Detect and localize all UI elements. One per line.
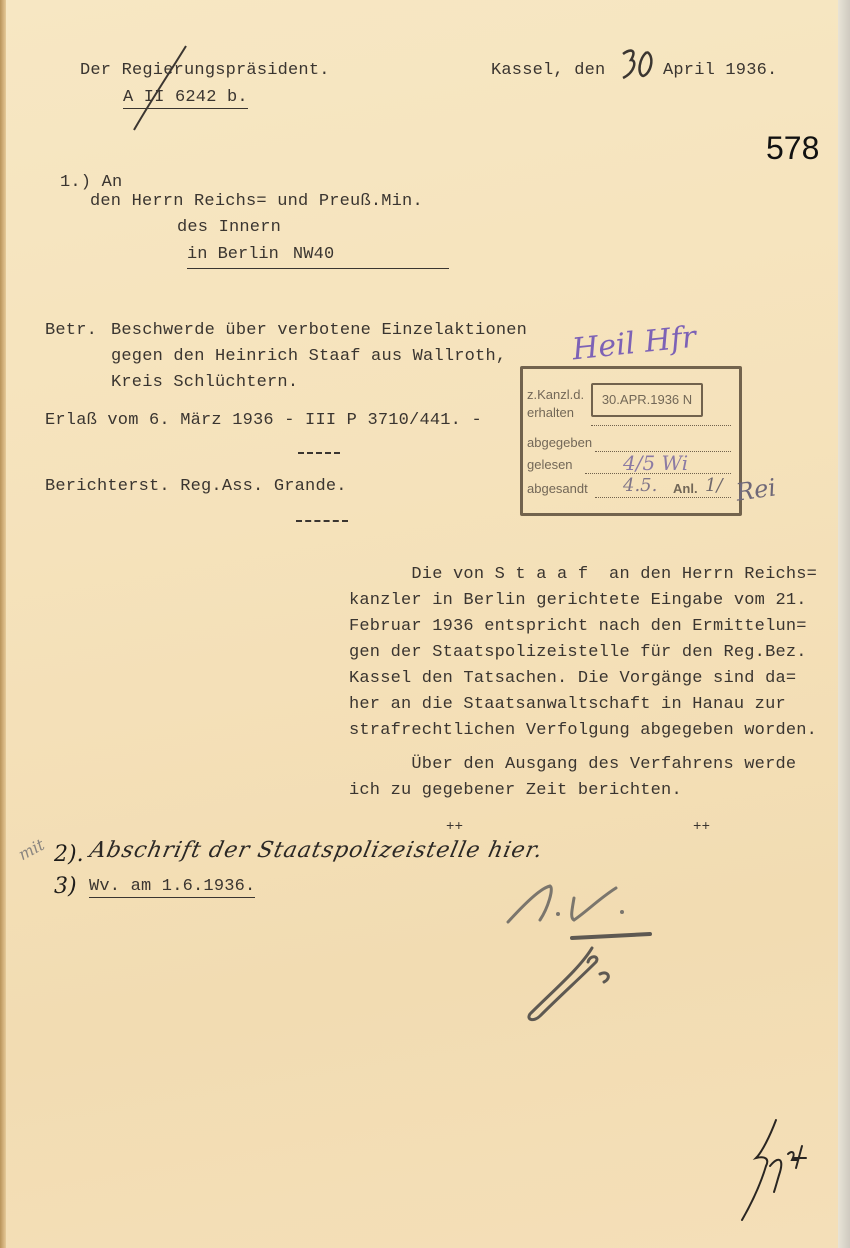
body-line: kanzler in Berlin gerichtete Eingabe vom… [349, 588, 807, 614]
reporter-line: Berichterst. Reg.Ass. Grande. [45, 474, 347, 500]
approval-signature [500, 878, 670, 1028]
recipient-line-3: in BerlinNW40 [187, 242, 449, 269]
followup-item-2-number: 2). [54, 842, 84, 867]
subject-line-1: Beschwerde über verbotene Einzelaktionen [111, 318, 527, 344]
followup-item-3-number: 3) [54, 874, 77, 899]
stamp-line-sent [595, 497, 731, 498]
place-date-suffix: April 1936. [663, 58, 777, 84]
body-line: gen der Staatspolizeistelle für den Reg.… [349, 640, 807, 666]
stamp-sent-handwritten: 4.5. [623, 475, 657, 496]
recipient-line-1: den Herrn Reichs= und Preuß.Min. [90, 189, 423, 215]
subject-line-2: gegen den Heinrich Staaf aus Wallroth, [111, 344, 506, 370]
recipient-line-2: des Innern [177, 215, 281, 241]
followup-item-2-handwritten: Abschrift der Staatspolizeistelle hier. [87, 838, 545, 863]
recipient-postal: NW40 [293, 245, 335, 264]
scan-background-edge [838, 0, 850, 1248]
decree-reference: Erlaß vom 6. März 1936 - III P 3710/441.… [45, 408, 482, 434]
stamp-attachment-label: Anl. [673, 481, 698, 496]
recipient-city: in Berlin [187, 245, 279, 264]
crossout-stroke [130, 42, 190, 134]
stamp-read-handwritten: 4/5 Wi [623, 451, 688, 475]
closing-mark-left: ++ [446, 814, 463, 840]
place-date-prefix: Kassel, den [491, 58, 605, 84]
stamp-delivered-label: abgegeben [527, 435, 592, 450]
stamp-date: 30.APR.1936 N [591, 383, 703, 417]
stamp-attachment-handwritten: 1/ [705, 475, 723, 496]
stamp-received-label: erhalten [527, 405, 574, 420]
bottom-right-signature [736, 1116, 826, 1226]
followup-item-3: Wv. am 1.6.1936. [89, 874, 255, 900]
stamp-sent-label: abgesandt [527, 481, 588, 496]
closing-mark-right: ++ [693, 814, 710, 840]
stamp-chancellery-label: z.Kanzl.d. [527, 387, 584, 402]
stamp-read-label: gelesen [527, 457, 573, 472]
body-line: her an die Staatsanwaltschaft in Hanau z… [349, 692, 786, 718]
subject-label: Betr. [45, 318, 97, 344]
body-line: Kassel den Tatsachen. Die Vorgänge sind … [349, 666, 796, 692]
stamp-side-initials: Rei [734, 473, 777, 506]
body-line: Februar 1936 entspricht nach den Ermitte… [349, 614, 807, 640]
body-line: Die von S t a a f an den Herrn Reichs= [349, 562, 817, 588]
subject-line-3: Kreis Schlüchtern. [111, 370, 298, 396]
receipt-stamp: z.Kanzl.d. 30.APR.1936 N erhalten abgege… [520, 366, 742, 516]
separator-1 [298, 452, 340, 454]
handwritten-day [617, 44, 657, 86]
sender-title: Der Regierungspräsident. [80, 58, 330, 84]
body-line: ich zu gegebener Zeit berichten. [349, 778, 682, 804]
page-number: 578 [766, 130, 819, 167]
body-line: strafrechtlichen Verfolgung abgegeben wo… [349, 718, 817, 744]
body-line: Über den Ausgang des Verfahrens werde [349, 752, 796, 778]
separator-2 [296, 520, 348, 522]
followup-item-3-text: Wv. am 1.6.1936. [89, 877, 255, 898]
stamp-divider [591, 425, 731, 426]
